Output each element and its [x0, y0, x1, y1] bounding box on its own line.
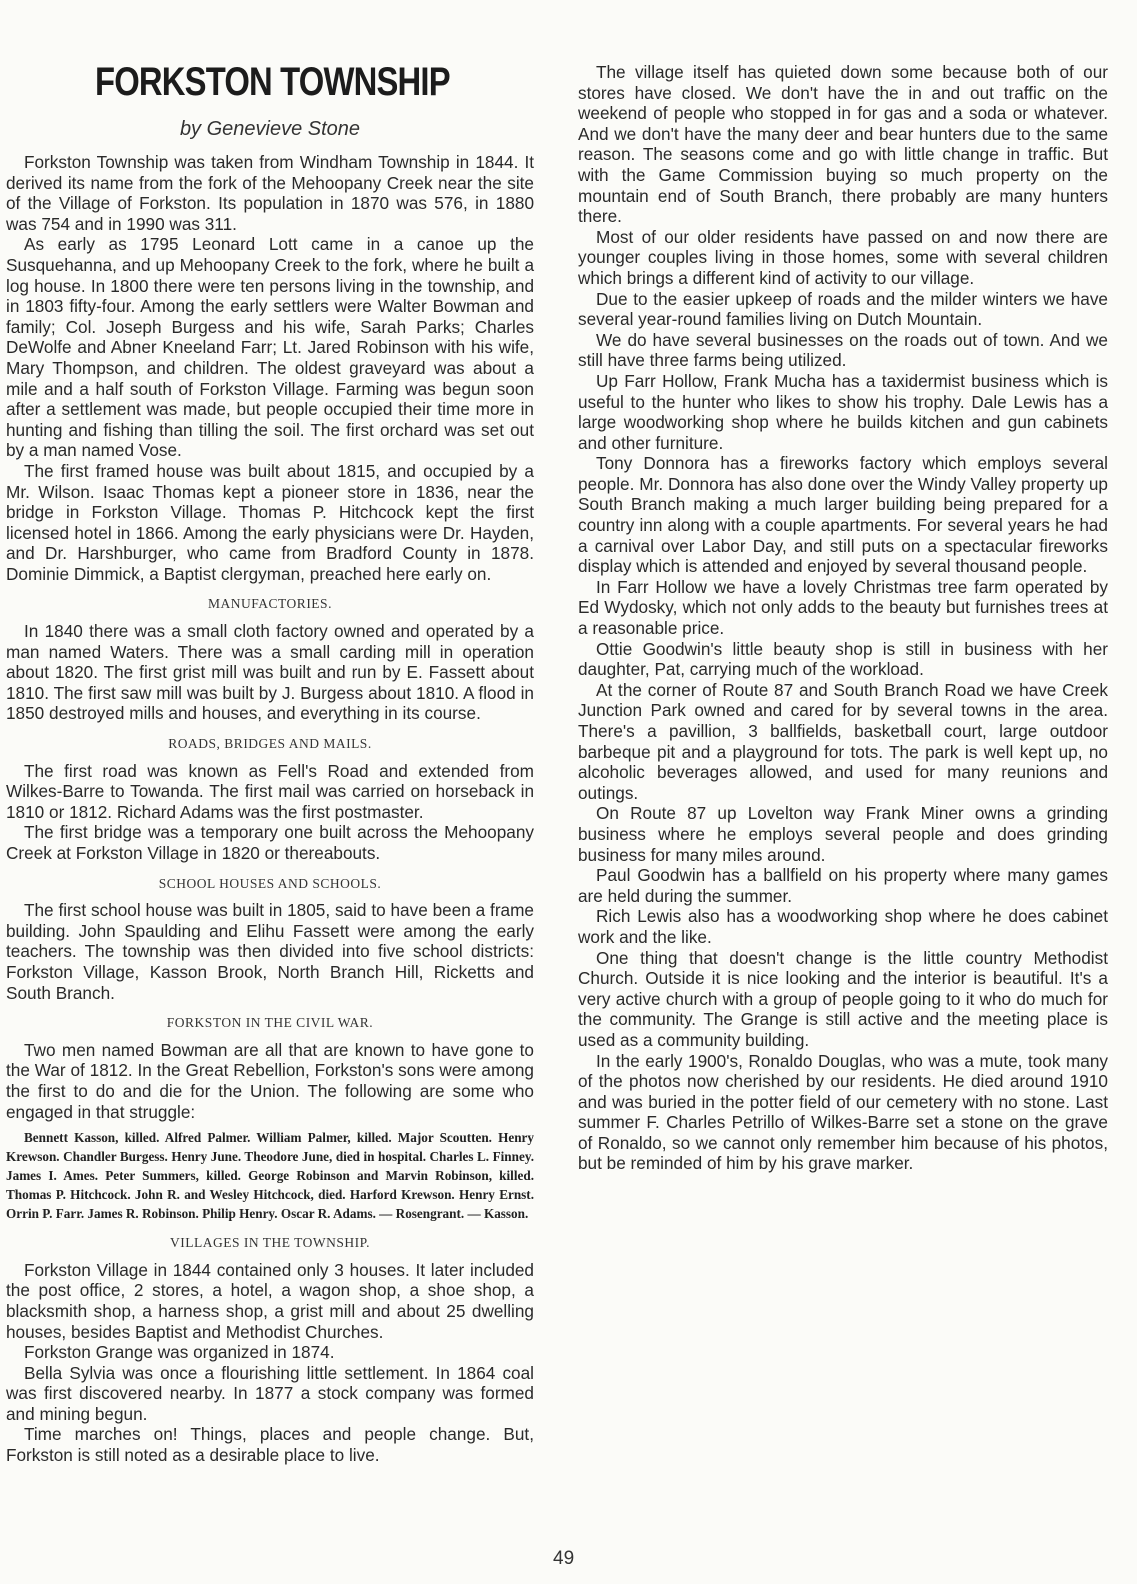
- section-heading-roads: ROADS, BRIDGES AND MAILS.: [6, 734, 534, 755]
- section-heading-schools: SCHOOL HOUSES AND SCHOOLS.: [6, 874, 534, 895]
- paragraph: The first framed house was built about 1…: [6, 461, 534, 585]
- paragraph: The village itself has quieted down some…: [578, 62, 1108, 227]
- paragraph: Due to the easier upkeep of roads and th…: [578, 289, 1108, 330]
- paragraph: The first school house was built in 1805…: [6, 900, 534, 1003]
- paragraph: As early as 1795 Leonard Lott came in a …: [6, 234, 534, 461]
- paragraph: On Route 87 up Lovelton way Frank Miner …: [578, 803, 1108, 865]
- paragraph: Up Farr Hollow, Frank Mucha has a taxide…: [578, 371, 1108, 453]
- page-title: FORKSTON TOWNSHIP: [95, 60, 374, 105]
- paragraph: Forkston Grange was organized in 1874.: [6, 1342, 534, 1363]
- paragraph: Tony Donnora has a fireworks factory whi…: [578, 453, 1108, 577]
- byline: by Genevieve Stone: [0, 118, 540, 141]
- paragraph: Bella Sylvia was once a flourishing litt…: [6, 1363, 534, 1425]
- paragraph: In Farr Hollow we have a lovely Christma…: [578, 577, 1108, 639]
- paragraph: Paul Goodwin has a ballfield on his prop…: [578, 865, 1108, 906]
- left-column: Forkston Township was taken from Windham…: [6, 152, 534, 1466]
- paragraph: At the corner of Route 87 and South Bran…: [578, 680, 1108, 804]
- civil-war-names-list: Bennett Kasson, killed. Alfred Palmer. W…: [6, 1128, 534, 1223]
- paragraph: Rich Lewis also has a woodworking shop w…: [578, 906, 1108, 947]
- paragraph: Forkston Township was taken from Windham…: [6, 152, 534, 234]
- paragraph: Most of our older residents have passed …: [578, 227, 1108, 289]
- paragraph: Forkston Village in 1844 contained only …: [6, 1260, 534, 1342]
- paragraph: The first bridge was a temporary one bui…: [6, 822, 534, 863]
- section-heading-villages: VILLAGES IN THE TOWNSHIP.: [6, 1233, 534, 1254]
- paragraph: One thing that doesn't change is the lit…: [578, 948, 1108, 1051]
- paragraph: We do have several businesses on the roa…: [578, 330, 1108, 371]
- paragraph: The first road was known as Fell's Road …: [6, 761, 534, 823]
- right-column: The village itself has quieted down some…: [578, 62, 1108, 1174]
- section-heading-manufactories: MANUFACTORIES.: [6, 594, 534, 615]
- paragraph: In the early 1900's, Ronaldo Douglas, wh…: [578, 1051, 1108, 1175]
- section-heading-civil-war: FORKSTON IN THE CIVIL WAR.: [6, 1013, 534, 1034]
- page-number: 49: [553, 1548, 574, 1570]
- paragraph: Ottie Goodwin's little beauty shop is st…: [578, 639, 1108, 680]
- paragraph: In 1840 there was a small cloth factory …: [6, 621, 534, 724]
- paragraph: Two men named Bowman are all that are kn…: [6, 1040, 534, 1122]
- paragraph: Time marches on! Things, places and peop…: [6, 1424, 534, 1465]
